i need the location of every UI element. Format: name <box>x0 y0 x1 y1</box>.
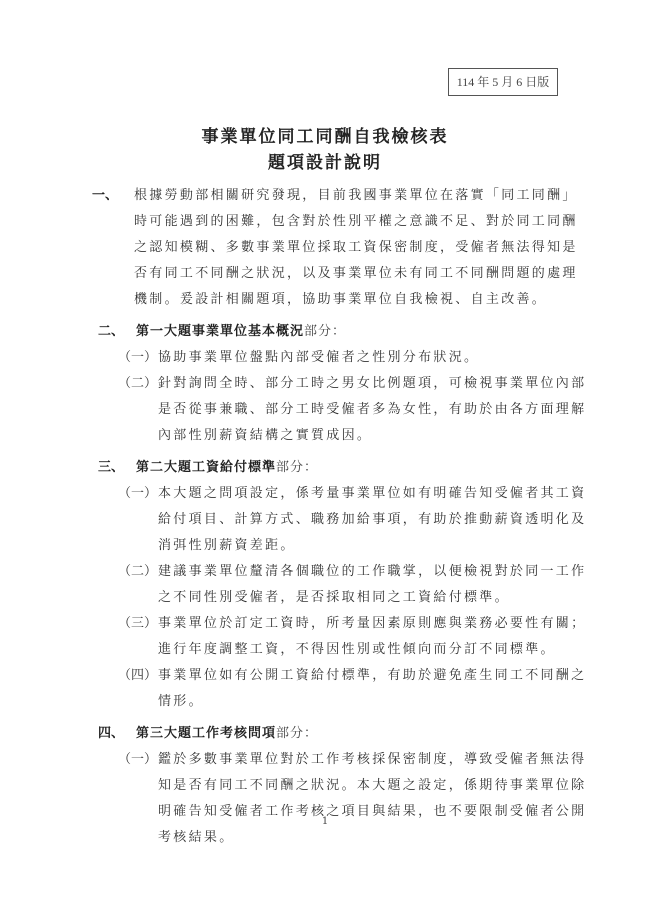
paragraph-line: 事業單位如有公開工資給付標準，有助於避免產生同工不同酬之 <box>158 664 586 683</box>
paragraph-line: 時可能遇到的困難，包含對於性別平權之意識不足、對於同工同酬 <box>134 210 578 229</box>
item-number: （一） <box>118 748 157 767</box>
document-title: 事業單位同工同酬自我檢核表 <box>0 122 650 147</box>
paragraph-line: 協助事業單位盤點內部受僱者之性別分布狀況。 <box>158 346 479 365</box>
section-heading-suffix: 部分： <box>304 324 346 339</box>
paragraph-line: 情形。 <box>158 690 204 709</box>
paragraph-line: 針對詢問全時、部分工時之男女比例題項，可檢視事業單位內部 <box>158 372 586 391</box>
section-number: 二、 <box>98 320 124 339</box>
section-heading-suffix: 部分： <box>276 726 318 741</box>
item-number: （二） <box>118 372 157 391</box>
paragraph-line: 給付項目、計算方式、職務加給事項，有助於推動薪資透明化及 <box>158 508 586 527</box>
item-number: （一） <box>118 346 157 365</box>
paragraph-line: 鑑於多數事業單位對於工作考核採保密制度，導致受僱者無法得 <box>158 748 586 767</box>
paragraph-line: 之不同性別受僱者，是否採取相同之工資給付標準。 <box>158 586 510 605</box>
paragraph-line: 進行年度調整工資，不得因性別或性傾向而分訂不同標準。 <box>158 638 556 657</box>
section-number: 三、 <box>98 456 124 475</box>
section-heading-bold: 第三大題工作考核問項 <box>136 726 276 741</box>
paragraph-line: 根據勞動部相關研究發現，目前我國事業單位在落實「同工同酬」 <box>134 184 578 203</box>
paragraph-line: 內部性別薪資結構之實質成因。 <box>158 424 372 443</box>
section-heading: 第一大題事業單位基本概況部分： <box>136 320 346 339</box>
section-number: 四、 <box>98 722 124 741</box>
paragraph-line: 消弭性別薪資差距。 <box>158 534 296 553</box>
page-number: 1 <box>0 816 650 827</box>
section-heading: 第三大題工作考核問項部分： <box>136 722 318 741</box>
paragraph-line: 機制。爰設計相關題項，協助事業單位自我檢視、自主改善。 <box>134 288 547 307</box>
version-label: 114 年 5 月 6 日版 <box>448 68 558 96</box>
paragraph-line: 知是否有同工不同酬之狀況。本大題之設定，係期待事業單位除 <box>158 774 586 793</box>
paragraph-line: 建議事業單位釐清各個職位的工作職掌，以便檢視對於同一工作 <box>158 560 586 579</box>
item-number: （一） <box>118 482 157 501</box>
section-number: 一、 <box>92 184 118 203</box>
section-heading-bold: 第一大題事業單位基本概況 <box>136 324 304 339</box>
paragraph-line: 本大題之問項設定，係考量事業單位如有明確告知受僱者其工資 <box>158 482 586 501</box>
item-number: （二） <box>118 560 157 579</box>
item-number: （三） <box>118 612 157 631</box>
item-number: （四） <box>118 664 157 683</box>
paragraph-line: 是否從事兼職、部分工時受僱者多為女性，有助於由各方面理解 <box>158 398 586 417</box>
paragraph-line: 事業單位於訂定工資時，所考量因素原則應與業務必要性有關； <box>158 612 586 631</box>
paragraph-line: 考核結果。 <box>158 826 235 845</box>
paragraph-line: 之認知模糊、多數事業單位採取工資保密制度，受僱者無法得知是 <box>134 236 578 255</box>
document-subtitle: 題項設計說明 <box>0 148 650 173</box>
paragraph-line: 否有同工不同酬之狀況，以及事業單位未有同工不同酬問題的處理 <box>134 262 578 281</box>
section-heading-suffix: 部分： <box>276 460 318 475</box>
section-heading-bold: 第二大題工資給付標準 <box>136 460 276 475</box>
section-heading: 第二大題工資給付標準部分： <box>136 456 318 475</box>
